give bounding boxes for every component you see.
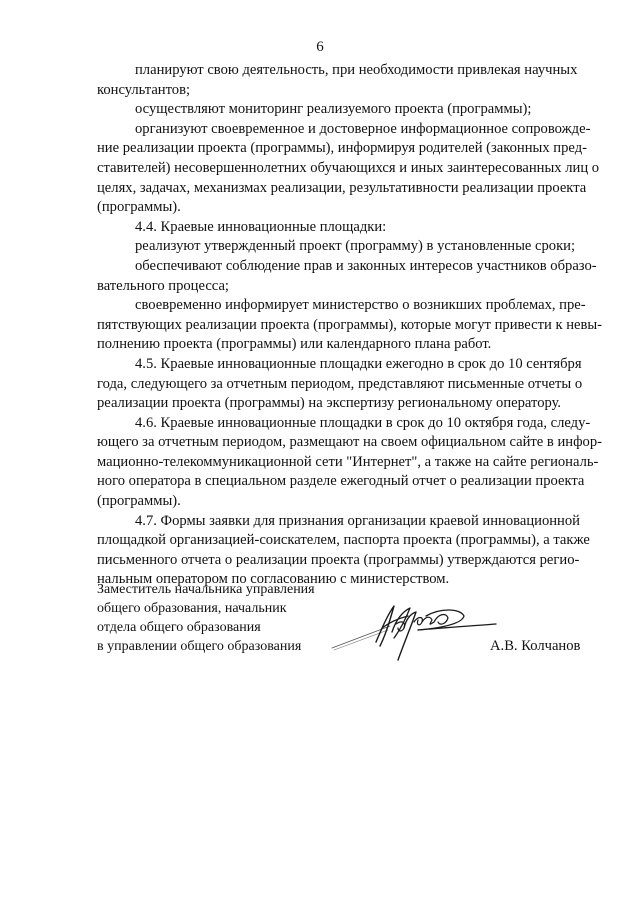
- handwritten-signature-icon: [330, 598, 500, 670]
- text-line: реализации проекта (программы) на экспер…: [97, 394, 558, 414]
- text-line: года, следующего за отчетным периодом, п…: [97, 375, 558, 395]
- position-line: Заместитель начальника управления: [97, 580, 347, 599]
- section-4-6: 4.6. Краевые инновационные площадки в ср…: [97, 414, 558, 434]
- text-line: (программы).: [97, 492, 558, 512]
- text-line: осуществляют мониторинг реализуемого про…: [97, 100, 558, 120]
- signer-name: А.В. Колчанов: [490, 637, 580, 656]
- text-line: ставителей) несовершеннолетних обучающих…: [97, 159, 558, 179]
- text-line: организуют своевременное и достоверное и…: [97, 120, 558, 140]
- section-4-5: 4.5. Краевые инновационные площадки ежег…: [97, 355, 558, 375]
- text-line: письменного отчета о реализации проекта …: [97, 551, 558, 571]
- text-line: ющего за отчетным периодом, размещают на…: [97, 433, 558, 453]
- section-4-7: 4.7. Формы заявки для признания организа…: [97, 512, 558, 532]
- text-line: ного оператора в специальном разделе еже…: [97, 472, 558, 492]
- position-line: отдела общего образования: [97, 618, 347, 637]
- text-line: реализуют утвержденный проект (программу…: [97, 237, 558, 257]
- text-line: обеспечивают соблюдение прав и законных …: [97, 257, 558, 277]
- position-line: в управлении общего образования: [97, 637, 347, 656]
- text-line: ние реализации проекта (программы), инфо…: [97, 139, 558, 159]
- text-line: площадкой организацией-соискателем, пасп…: [97, 531, 558, 551]
- text-line: консультантов;: [97, 81, 558, 101]
- text-line: вательного процесса;: [97, 277, 558, 297]
- text-line: полнению проекта (программы) или календа…: [97, 335, 558, 355]
- signer-position: Заместитель начальника управления общего…: [97, 580, 347, 656]
- document-body: планируют свою деятельность, при необход…: [97, 61, 558, 590]
- text-line: планируют свою деятельность, при необход…: [97, 61, 558, 81]
- text-line: мационно-телекоммуникационной сети "Инте…: [97, 453, 558, 473]
- text-line: своевременно информирует министерство о …: [97, 296, 558, 316]
- page-number: 6: [0, 38, 640, 56]
- document-page: 6 планируют свою деятельность, при необх…: [0, 0, 640, 904]
- section-heading-4-4: 4.4. Краевые инновационные площадки:: [97, 218, 558, 238]
- text-line: пятствующих реализации проекта (программ…: [97, 316, 558, 336]
- text-line: целях, задачах, механизмах реализации, р…: [97, 179, 558, 199]
- position-line: общего образования, начальник: [97, 599, 347, 618]
- text-line: (программы).: [97, 198, 558, 218]
